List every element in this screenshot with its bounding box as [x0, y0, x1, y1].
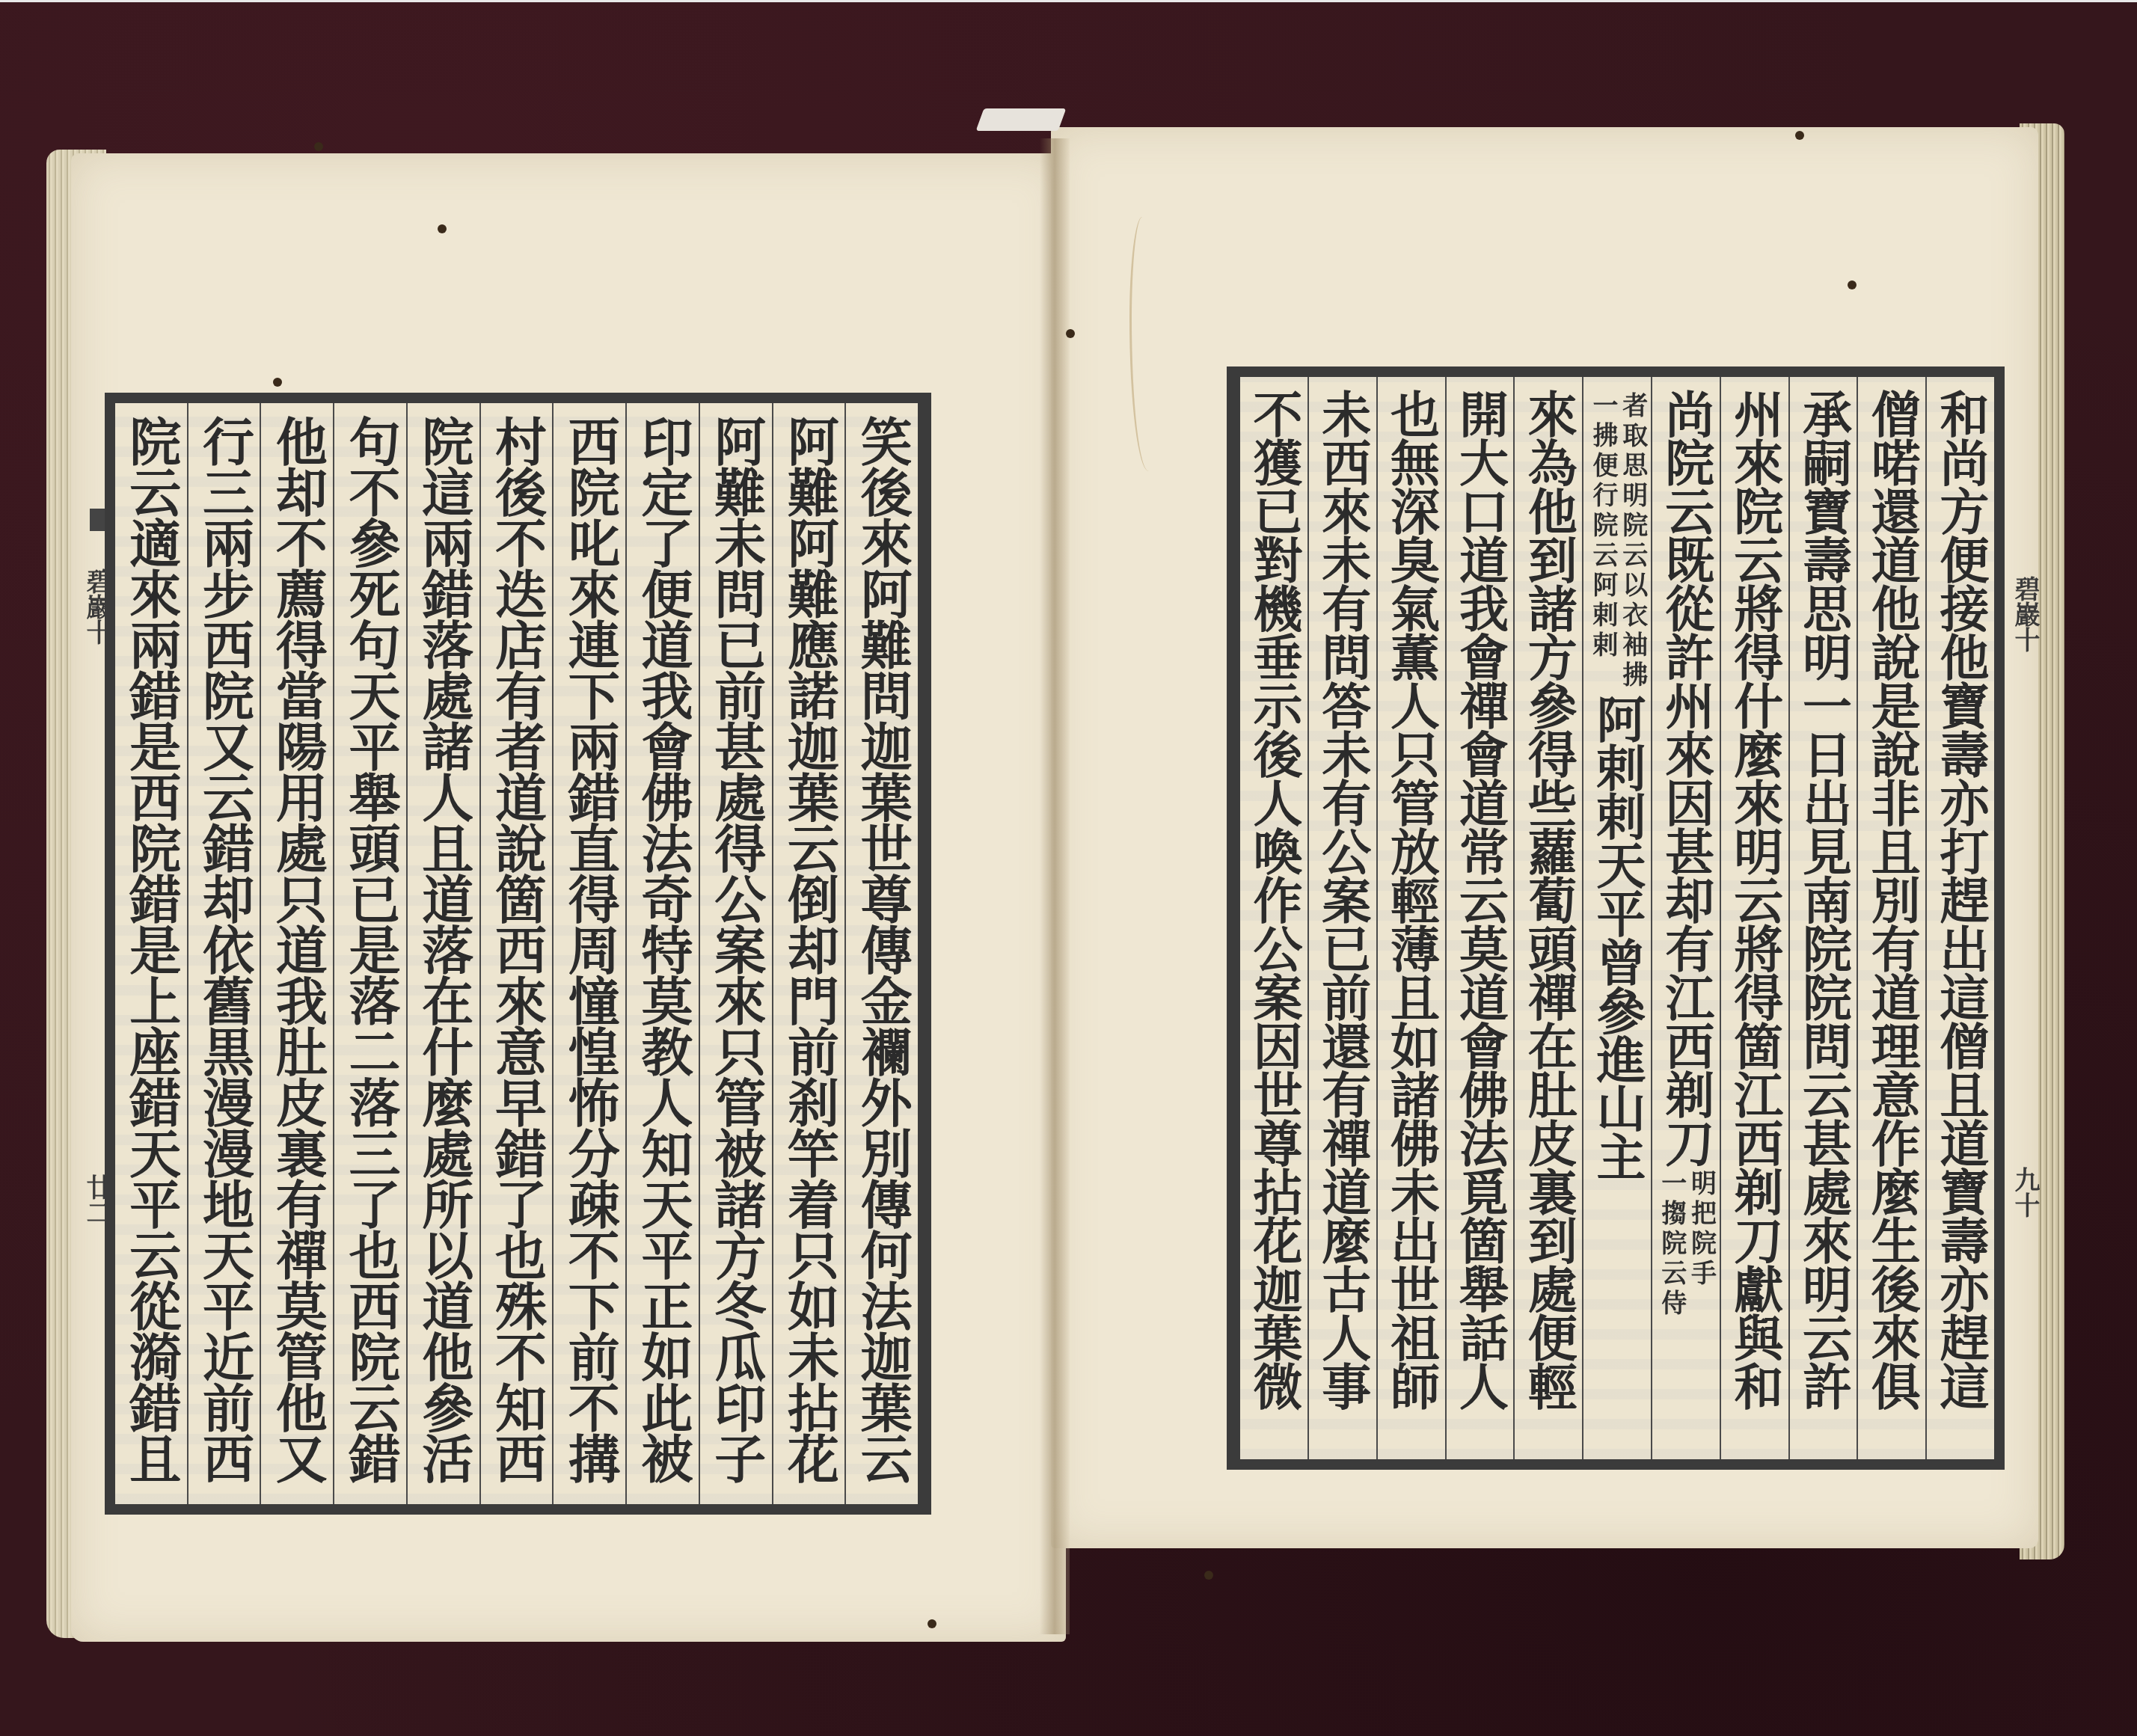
text-column: 來為他到諸方參得些蘿蔔頭禪在肚皮裏到處便輕 — [1513, 377, 1582, 1459]
text-column: 不獲已對機垂示後人喚作公案因世尊拈花迦葉微 — [1240, 377, 1307, 1459]
book-gutter — [1040, 138, 1070, 1634]
text-column: 開大口道我會禪會道常云莫道會佛法覓箇舉話人 — [1445, 377, 1514, 1459]
wormhole-mark — [1204, 1571, 1213, 1580]
right-margin-title: 碧巖十 — [2012, 576, 2038, 652]
text-column: 村後不迭店有者道說箇西來意早錯了也殊不知西 — [479, 403, 553, 1504]
text-column: 他却不薦得當陽用處只道我肚皮裏有禪莫管他又 — [260, 403, 333, 1504]
text-column: 也無深臭氣薫人只管放輕薄且如諸佛未出世祖師 — [1376, 377, 1445, 1459]
wormhole-mark — [1848, 280, 1857, 289]
text-column: 阿難阿難應諾迦葉云倒却門前刹竿着只如未拈花 — [772, 403, 845, 1504]
text-column: 句不參死句天平舉頭已是落二落三了也西院云錯 — [333, 403, 406, 1504]
interlinear-annotation: 者取思明院云以衣袖拂 一拂便行院云阿剌剌 — [1589, 392, 1645, 691]
interlinear-annotation: 明把院手 一搊院云侍 — [1658, 1170, 1714, 1319]
wormhole-mark — [928, 1619, 936, 1628]
text-column: 院這兩錯落處諸人且道落在什麼處所以道他參活 — [406, 403, 479, 1504]
wormhole-mark — [273, 378, 282, 387]
text-column: 未西來未有問答未有公案已前還有禪道麼古人事 — [1307, 377, 1376, 1459]
wormhole-mark — [314, 142, 323, 151]
text-column: 印定了便道我會佛法奇特莫教人知天平正如此被 — [625, 403, 699, 1504]
wormhole-mark — [1066, 329, 1075, 338]
wormhole-mark — [438, 224, 447, 233]
text-column: 院云適來兩錯是西院錯是上座錯天平云從漪錯且 — [115, 403, 187, 1504]
right-margin-page-number: 九十 — [2012, 1167, 2038, 1218]
text-column: 尚院云既從許州來因甚却有江西剃刀 明把院手 一搊院云侍 — [1651, 377, 1720, 1459]
text-column: 西院叱來連下兩錯直得周憧惶怖分疎不下前不搆 — [552, 403, 625, 1504]
scan-edge — [0, 0, 2137, 2]
paper-tab — [976, 108, 1067, 131]
text-column: 笑後來阿難問迦葉世尊傳金襴外別傳何法迦葉云 — [844, 403, 918, 1504]
left-text-frame: 笑後來阿難問迦葉世尊傳金襴外別傳何法迦葉云 阿難阿難應諾迦葉云倒却門前刹竿着只如… — [105, 393, 931, 1515]
left-columns: 笑後來阿難問迦葉世尊傳金襴外別傳何法迦葉云 阿難阿難應諾迦葉云倒却門前刹竿着只如… — [115, 403, 918, 1504]
text-column: 阿難未問已前甚處得公案來只管被諸方冬瓜印子 — [699, 403, 772, 1504]
right-text-frame: 和尚方便接他寶壽亦打趕出這僧且道寶壽亦趕這 僧喏還道他說是說非且別有道理意作麼生… — [1227, 366, 2005, 1470]
text-column: 和尚方便接他寶壽亦打趕出這僧且道寶壽亦趕這 — [1925, 377, 1994, 1459]
text-column: 行三兩步西院又云錯却依舊黒漫漫地天平近前西 — [187, 403, 260, 1504]
text-column: 州來院云將得什麼來明云將得箇江西剃刀獻與和 — [1720, 377, 1788, 1459]
text-column: 僧喏還道他說是說非且別有道理意作麼生後來俱 — [1857, 377, 1925, 1459]
text-column: 承嗣寶壽思明一日出見南院院問云甚處來明云許 — [1788, 377, 1857, 1459]
right-columns: 和尚方便接他寶壽亦打趕出這僧且道寶壽亦趕這 僧喏還道他說是說非且別有道理意作麼生… — [1240, 377, 1994, 1459]
text-column: 者取思明院云以衣袖拂 一拂便行院云阿剌剌 阿剌剌天平曾參進山主 — [1582, 377, 1651, 1459]
wormhole-mark — [1795, 131, 1804, 140]
